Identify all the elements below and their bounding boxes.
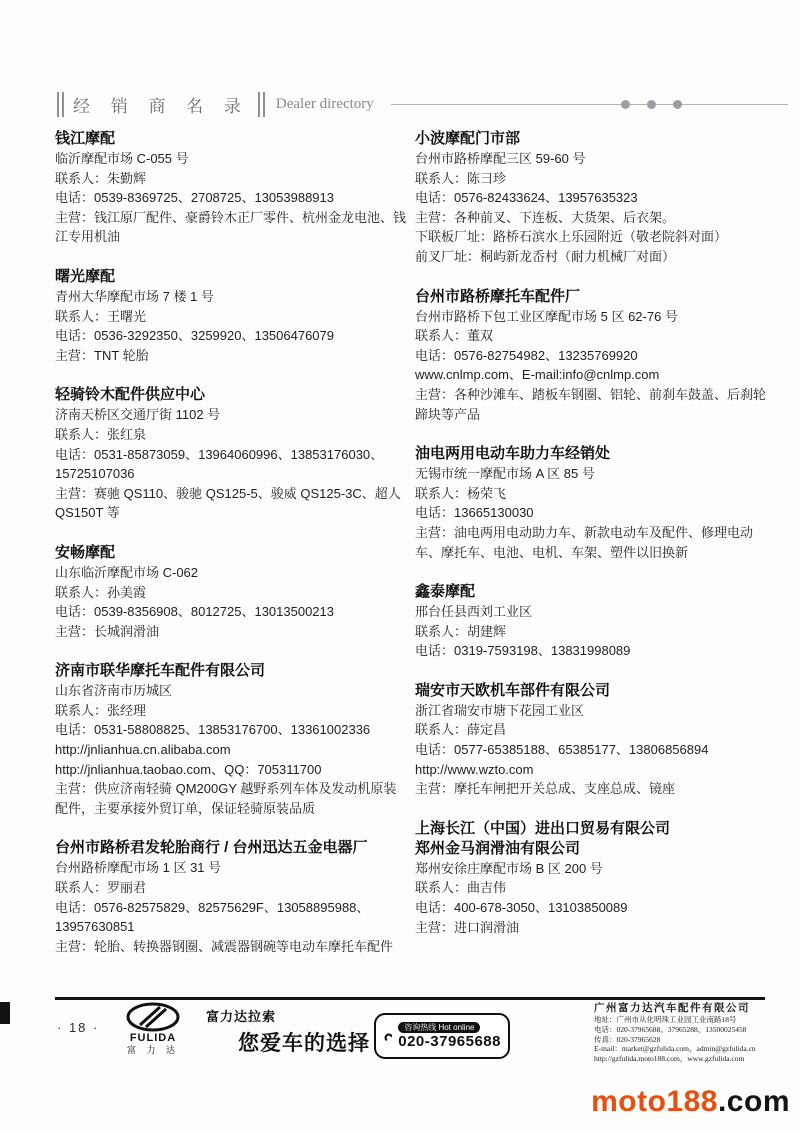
entry-line: http://jnlianhua.cn.alibaba.com xyxy=(55,740,409,760)
slogan-large: 您爱车的选择 xyxy=(238,1027,370,1057)
entry-line: 台州市路桥下包工业区摩配市场 5 区 62-76 号 xyxy=(415,307,769,327)
entry-line: 主营：TNT 轮胎 xyxy=(55,346,409,366)
entry-title: 济南市联华摩托车配件有限公司 xyxy=(55,661,409,681)
watermark-tld: .com xyxy=(718,1085,790,1118)
entry-line: 前叉厂址：桐屿新龙岙村（耐力机械厂对面） xyxy=(415,247,769,267)
entry-title: 台州市路桥君发轮胎商行 / 台州迅达五金电器厂 xyxy=(55,838,409,858)
entry-line: 联系人：张经理 xyxy=(55,701,409,721)
entry-line: 山东临沂摩配市场 C-062 xyxy=(55,563,409,583)
entry-line: 台州市路桥摩配三区 59-60 号 xyxy=(415,149,769,169)
entry-line: 联系人：朱勤辉 xyxy=(55,169,409,189)
entry-line: 联系人：罗丽君 xyxy=(55,878,409,898)
hotline-badge: 咨询热线 Hot online 020-37965688 xyxy=(374,1013,510,1059)
entry-title: 小波摩配门市部 xyxy=(415,129,769,149)
directory-entry: 台州市路桥君发轮胎商行 / 台州迅达五金电器厂台州路桥摩配市场 1 区 31 号… xyxy=(55,838,409,956)
entry-line: 无锡市统一摩配市场 A 区 85 号 xyxy=(415,464,769,484)
company-name: 广州富力达汽车配件有限公司 xyxy=(594,1002,784,1015)
entry-line: 电话：0531-85873059、13964060996、13853176030… xyxy=(55,445,409,484)
entry-line: 电话：0531-58808825、13853176700、13361002336 xyxy=(55,720,409,740)
entry-line: 联系人：张红泉 xyxy=(55,425,409,445)
entry-line: 电话：400-678-3050、13103850089 xyxy=(415,898,769,918)
directory-entry: 台州市路桥摩托车配件厂台州市路桥下包工业区摩配市场 5 区 62-76 号联系人… xyxy=(415,287,769,425)
entry-line: 联系人：曲吉伟 xyxy=(415,878,769,898)
entry-line: 主营：轮胎、转换器钢圈、减震器钢碗等电动车摩托车配件 xyxy=(55,937,409,957)
entry-line: 联系人：董双 xyxy=(415,326,769,346)
entry-line: 电话：0576-82575829、82575629F、13058895988、1… xyxy=(55,898,409,937)
directory-entry: 济南市联华摩托车配件有限公司山东省济南市历城区联系人：张经理电话：0531-58… xyxy=(55,661,409,818)
entry-title: 油电两用电动车助力车经销处 xyxy=(415,444,769,464)
header-rule xyxy=(391,104,788,105)
entry-title: 安畅摩配 xyxy=(55,543,409,563)
entry-line: 电话：0539-8356908、8012725、13013500213 xyxy=(55,602,409,622)
decorative-double-bar-left xyxy=(57,92,64,117)
entry-line: 主营：进口润滑油 xyxy=(415,918,769,938)
page-number: · 18 · xyxy=(57,1020,99,1035)
entry-line: http://jnlianhua.taobao.com、QQ：705311700 xyxy=(55,760,409,780)
entry-line: 主营：摩托车闸把开关总成、支座总成、镜座 xyxy=(415,779,769,799)
company-info: 广州富力达汽车配件有限公司 地址：广州市从化明珠工业园工业南路18号 电话：02… xyxy=(594,1002,784,1064)
page: 经 销 商 名 录 Dealer directory 钱江摩配临沂摩配市场 C-… xyxy=(0,0,800,1132)
directory-entry: 鑫泰摩配邢台任县西刘工业区联系人：胡建辉电话：0319-7593198、1383… xyxy=(415,582,769,661)
entry-title: 轻骑铃木配件供应中心 xyxy=(55,385,409,405)
entry-line: 主营：各种沙滩车、踏板车钢圈、铝轮、前刹车鼓盖、后刹轮蹄块等产品 xyxy=(415,385,769,424)
directory-entry: 上海长江（中国）进出口贸易有限公司郑州金马润滑油有限公司郑州安徐庄摩配市场 B … xyxy=(415,819,769,937)
entry-title: 瑞安市天欧机车部件有限公司 xyxy=(415,681,769,701)
directory-column-left: 钱江摩配临沂摩配市场 C-055 号联系人：朱勤辉电话：0539-8369725… xyxy=(55,129,409,976)
directory-entry: 瑞安市天欧机车部件有限公司浙江省瑞安市塘下花园工业区联系人：薛定昌电话：0577… xyxy=(415,681,769,799)
fulida-ellipse-icon xyxy=(126,1002,180,1032)
directory-title-cn: 经 销 商 名 录 xyxy=(73,92,249,117)
entry-line: 山东省济南市历城区 xyxy=(55,681,409,701)
entry-line: 临沂摩配市场 C-055 号 xyxy=(55,149,409,169)
entry-line: 电话：0319-7593198、13831998089 xyxy=(415,641,769,661)
entry-title: 台州市路桥摩托车配件厂 xyxy=(415,287,769,307)
entry-line: 联系人：薛定昌 xyxy=(415,720,769,740)
directory-entry: 曙光摩配青州大华摩配市场 7 楼 1 号联系人：王曙光电话：0536-32923… xyxy=(55,267,409,365)
entry-line: 主营：长城润滑油 xyxy=(55,622,409,642)
entry-line: 济南天桥区交通厅街 1102 号 xyxy=(55,405,409,425)
entry-line: http://www.wzto.com xyxy=(415,760,769,780)
fulida-logo-text-cn: 富 力 达 xyxy=(120,1044,186,1056)
directory-entry: 油电两用电动车助力车经销处无锡市统一摩配市场 A 区 85 号联系人：杨荣飞电话… xyxy=(415,444,769,562)
company-phone: 电话：020-37965688、37965288、13500025458 xyxy=(594,1025,784,1035)
entry-line: 联系人：陈彐珍 xyxy=(415,169,769,189)
directory-column-right: 小波摩配门市部台州市路桥摩配三区 59-60 号联系人：陈彐珍电话：0576-8… xyxy=(415,129,769,957)
directory-entry: 钱江摩配临沂摩配市场 C-055 号联系人：朱勤辉电话：0539-8369725… xyxy=(55,129,409,247)
directory-entry: 轻骑铃木配件供应中心济南天桥区交通厅街 1102 号联系人：张红泉电话：0531… xyxy=(55,385,409,523)
entry-line: 台州路桥摩配市场 1 区 31 号 xyxy=(55,858,409,878)
entry-line: 联系人：王曙光 xyxy=(55,307,409,327)
entry-line: 电话：0576-82754982、13235769920 xyxy=(415,346,769,366)
entry-line: 电话：0576-82433624、13957635323 xyxy=(415,188,769,208)
decorative-double-bar-right xyxy=(258,92,265,117)
hotline-label: 咨询热线 Hot online xyxy=(398,1022,480,1033)
entry-line: 电话：13665130030 xyxy=(415,503,769,523)
entry-line: 主营：油电两用电动助力车、新款电动车及配件、修理电动车、摩托车、电池、电机、车架… xyxy=(415,523,769,562)
header-dots-icon xyxy=(621,100,682,109)
directory-entry: 小波摩配门市部台州市路桥摩配三区 59-60 号联系人：陈彐珍电话：0576-8… xyxy=(415,129,769,267)
hotline-number: 020-37965688 xyxy=(398,1033,501,1050)
phone-icon xyxy=(383,1023,392,1049)
directory-title-en: Dealer directory xyxy=(276,96,374,113)
company-address: 地址：广州市从化明珠工业园工业南路18号 xyxy=(594,1015,784,1025)
page-header: 经 销 商 名 录 Dealer directory xyxy=(57,90,788,118)
entry-line: 邢台任县西刘工业区 xyxy=(415,602,769,622)
entry-line: 浙江省瑞安市塘下花园工业区 xyxy=(415,701,769,721)
footer-rule xyxy=(55,997,765,1000)
company-fax: 传真：020-37965628 xyxy=(594,1035,784,1045)
entry-line: 主营：赛驰 QS110、骏驰 QS125-5、骏威 QS125-3C、超人 QS… xyxy=(55,484,409,523)
entry-line: 联系人：孙美霞 xyxy=(55,583,409,603)
entry-line: 青州大华摩配市场 7 楼 1 号 xyxy=(55,287,409,307)
fulida-logo: FULIDA 富 力 达 xyxy=(120,1002,186,1056)
entry-line: 电话：0577-65385188、65385177、13806856894 xyxy=(415,740,769,760)
company-web: http://gzfulida.moto188.com，www.gzfulida… xyxy=(594,1054,784,1064)
directory-entry: 安畅摩配山东临沂摩配市场 C-062联系人：孙美霞电话：0539-8356908… xyxy=(55,543,409,641)
entry-line: 郑州安徐庄摩配市场 B 区 200 号 xyxy=(415,859,769,879)
entry-line: www.cnlmp.com、E-mail:info@cnlmp.com xyxy=(415,365,769,385)
fulida-logo-text-en: FULIDA xyxy=(120,1032,186,1044)
slogan-small: 富力达拉索 xyxy=(206,1006,370,1025)
entry-line: 下联板厂址：路桥石滨水上乐园附近（敬老院斜对面） xyxy=(415,227,769,247)
brand-slogan: 富力达拉索 您爱车的选择 xyxy=(206,1006,370,1057)
site-watermark: moto188.com xyxy=(591,1085,790,1119)
entry-title: 郑州金马润滑油有限公司 xyxy=(415,839,769,859)
entry-line: 联系人：胡建辉 xyxy=(415,622,769,642)
entry-line: 电话：0536-3292350、3259920、13506476079 xyxy=(55,326,409,346)
entry-line: 主营：供应济南轻骑 QM200GY 越野系列车体及发动机原装配件，主要承接外贸订… xyxy=(55,779,409,818)
entry-title: 上海长江（中国）进出口贸易有限公司 xyxy=(415,819,769,839)
print-edge-mark xyxy=(0,1002,10,1024)
entry-title: 鑫泰摩配 xyxy=(415,582,769,602)
watermark-name: moto188 xyxy=(591,1085,718,1118)
company-email: E-mail：market@gzfulida.com，admin@gzfulid… xyxy=(594,1044,784,1054)
entry-title: 钱江摩配 xyxy=(55,129,409,149)
entry-line: 电话：0539-8369725、2708725、13053988913 xyxy=(55,188,409,208)
entry-line: 主营：钱江原厂配件、豪爵铃木正厂零件、杭州金龙电池、钱江专用机油 xyxy=(55,208,409,247)
entry-title: 曙光摩配 xyxy=(55,267,409,287)
hotline-text: 咨询热线 Hot online 020-37965688 xyxy=(398,1022,501,1050)
entry-line: 联系人：杨荣飞 xyxy=(415,484,769,504)
entry-line: 主营：各种前叉、下连板、大货架、后衣架。 xyxy=(415,208,769,228)
